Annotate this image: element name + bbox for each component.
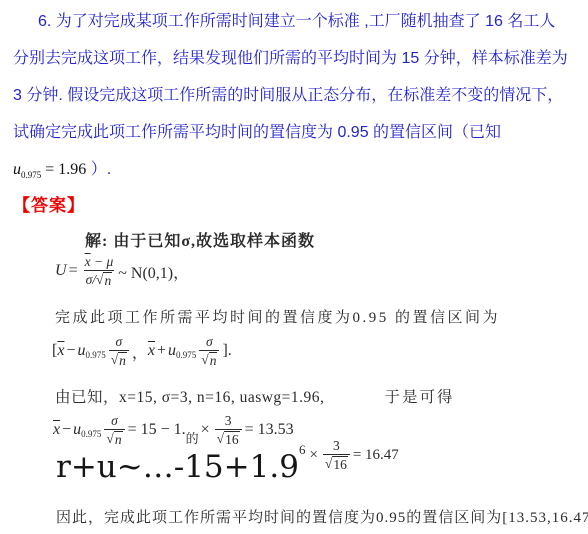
u-subscript: 0.975 — [85, 350, 105, 360]
formula-confidence-interval: [ x − u0.975 σ √n ， x + u0.975 σ √n ]. — [52, 334, 232, 368]
var-u: u — [168, 342, 176, 360]
radicand-n: n — [114, 431, 123, 448]
fraction-numerator: σ — [109, 413, 120, 429]
problem-given-quantile: u0.975 = 1.96 ）. — [13, 151, 579, 188]
fraction: 3 √16 — [215, 413, 242, 447]
result-lower: = 13.53 — [245, 421, 294, 439]
problem-line-1: 6. 为了对完成某项工作所需时间建立一个标准 ,工厂随机抽查了 16 名工人 — [13, 3, 579, 40]
known-values: 由已知，x=15, σ=3, n=16, uaswg=1.96, — [55, 389, 324, 406]
glitch-big-text: r+u~…-15+1.9 — [56, 449, 299, 485]
radical-icon: √ — [111, 352, 118, 368]
u-variable: u — [13, 161, 21, 178]
fraction: 3 √16 — [323, 438, 350, 472]
sqrt-n: √n — [96, 272, 112, 289]
sqrt-16: √16 — [325, 456, 348, 473]
sqrt-16: √16 — [217, 431, 240, 448]
formula-lower-bound: x − u0.975 σ √n = 15 − 1. 的 × 3 √16 = 13… — [53, 413, 294, 447]
fraction-denominator: √16 — [323, 454, 350, 473]
radical-icon: √ — [106, 431, 113, 447]
superscript-6: 6 — [299, 442, 306, 458]
var-u: u — [77, 342, 85, 360]
sigma-over: σ/ — [86, 272, 96, 288]
result-upper: = 16.47 — [353, 447, 399, 464]
radicand-n: n — [103, 272, 112, 289]
radicand-16: 16 — [224, 431, 240, 448]
times-sign: × — [201, 421, 210, 439]
known-values-line: 由已知，x=15, σ=3, n=16, uaswg=1.96,于是可得 — [55, 385, 454, 407]
fraction-numerator: σ — [113, 334, 124, 350]
sqrt-n: √n — [106, 431, 122, 448]
solution-intro: 解: 由于已知σ,故选取样本函数 — [85, 228, 315, 251]
minus-sign: − — [62, 421, 71, 439]
u-subscript: 0.975 — [21, 170, 41, 180]
fraction: σ √n — [109, 334, 129, 368]
var-U: U — [55, 262, 67, 280]
problem-line-4: 试确定完成此项工作所需平均时间的置信度为 0.95 的置信区间（已知 — [13, 114, 579, 151]
fraction-numerator: x − μ — [83, 254, 116, 270]
radical-icon: √ — [325, 456, 332, 472]
sqrt-n: √n — [201, 352, 217, 369]
close-bracket: ]. — [222, 342, 231, 360]
radicand-16: 16 — [332, 456, 348, 473]
glitch-char: 的 — [186, 428, 199, 447]
fraction-denominator: √n — [109, 350, 129, 369]
fraction: σ √n — [104, 413, 124, 447]
answer-label: 【答案】 — [13, 191, 85, 216]
fraction-denominator: √16 — [215, 429, 242, 448]
radical-icon: √ — [217, 431, 224, 447]
comma-separator: ， — [132, 340, 148, 363]
distribution-note: ~ N(0,1)， — [118, 260, 189, 283]
conclusion-line: 因此，完成此项工作所需平均时间的置信度为0.95的置信区间为[13.53,16.… — [56, 506, 588, 527]
u-subscript: 0.975 — [81, 429, 101, 439]
radical-icon: √ — [96, 272, 103, 288]
x-bar: x — [57, 342, 64, 360]
fraction-numerator: 3 — [223, 413, 234, 429]
confidence-interval-intro: 完成此项工作所需平均时间的置信度为0.95 的置信区间为 — [55, 306, 500, 327]
fraction-denominator: √n — [199, 350, 219, 369]
raised-expression: 6 × 3 √16 = 16.47 — [299, 438, 399, 472]
formula-sample-function: U = x − μ σ/√n ~ N(0,1)， — [55, 254, 189, 288]
formula-upper-bound: r+u~…-15+1.9 6 × 3 √16 = 16.47 — [56, 449, 399, 485]
u-value: = 1.96 — [41, 161, 86, 178]
sqrt-n: √n — [111, 352, 127, 369]
u-subscript: 0.975 — [176, 350, 196, 360]
fraction: x − μ σ/√n — [83, 254, 116, 288]
document-page: 6. 为了对完成某项工作所需时间建立一个标准 ,工厂随机抽查了 16 名工人 分… — [0, 0, 588, 534]
fraction-numerator: σ — [204, 334, 215, 350]
x-bar: x — [53, 421, 60, 439]
fraction-denominator: σ/√n — [84, 270, 115, 289]
minus-mu: − μ — [91, 254, 114, 269]
closing-paren: ）. — [86, 161, 111, 178]
equals-sign: = — [69, 262, 78, 280]
mid-expression: = 15 − 1. — [128, 421, 186, 439]
fraction: σ √n — [199, 334, 219, 368]
problem-line-3: 3 分钟. 假设完成这项工作所需的时间服从正态分布，在标准差不变的情况下， — [13, 77, 579, 114]
fraction-numerator: 3 — [331, 438, 342, 454]
radicand-n: n — [118, 352, 127, 369]
problem-line-2: 分别去完成这项工作，结果发现他们所需的平均时间为 15 分钟，样本标准差为 — [13, 40, 579, 77]
plus-sign: + — [157, 342, 166, 360]
minus-sign: − — [66, 342, 75, 360]
radical-icon: √ — [201, 352, 208, 368]
known-values-tail: 于是可得 — [384, 389, 454, 406]
var-u: u — [73, 421, 81, 439]
radicand-n: n — [209, 352, 218, 369]
fraction-denominator: √n — [104, 429, 124, 448]
x-bar: x — [148, 342, 155, 360]
problem-statement: 6. 为了对完成某项工作所需时间建立一个标准 ,工厂随机抽查了 16 名工人 分… — [13, 3, 579, 188]
times-sign: × — [309, 447, 317, 464]
